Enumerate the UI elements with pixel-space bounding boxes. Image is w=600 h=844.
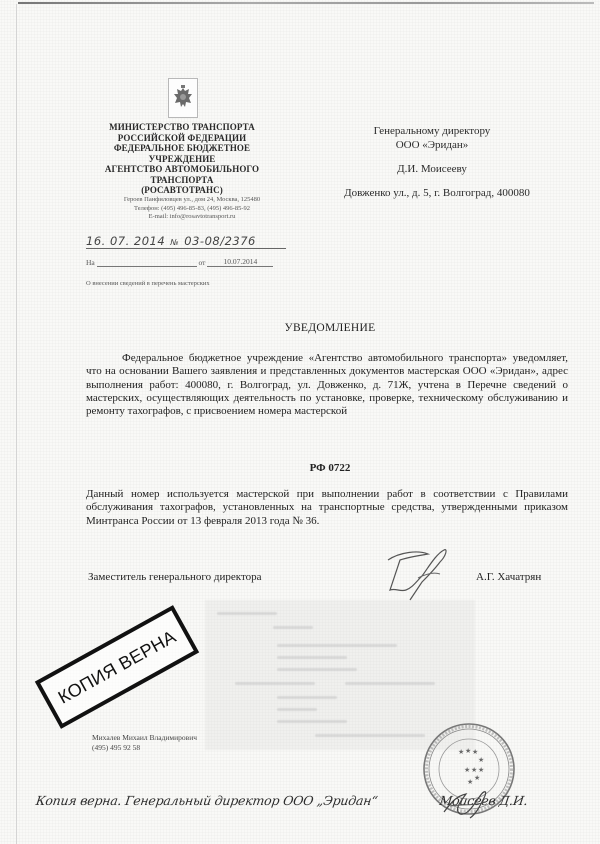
number-sign: № [170,238,179,247]
recipient-position: Генеральному директору [312,124,552,138]
document-title: УВЕДОМЛЕНИЕ [80,322,580,334]
svg-text:★: ★ [478,766,484,774]
recipient-name: Д.И. Моисееву [312,162,552,176]
svg-text:★: ★ [458,748,464,756]
recipient-address: Довженко ул., д. 5, г. Волгоград, 400080 [322,186,552,200]
document-page: МИНИСТЕРСТВО ТРАНСПОРТА РОССИЙСКОЙ ФЕДЕР… [0,0,600,844]
svg-text:★: ★ [464,766,470,774]
sender-contacts: Героев Панфиловцев ул., дом 24, Москва, … [82,196,302,222]
workshop-number: РФ 0722 [80,462,580,474]
russian-coat-of-arms-icon [168,78,198,118]
sender-line: ФЕДЕРАЛЬНОЕ БЮДЖЕТНОЕ УЧРЕЖДЕНИЕ [82,143,282,164]
svg-text:★: ★ [465,747,471,755]
recipient-company: ООО «Эридан» [312,138,552,152]
signatory-signature-icon [370,542,470,602]
sender-email: E-mail: info@rosavtotransport.ru [82,213,302,222]
reply-to-label: На [86,258,95,267]
sender-line: МИНИСТЕРСТВО ТРАНСПОРТА [82,122,282,133]
sender-address: Героев Панфиловцев ул., дом 24, Москва, … [82,196,302,205]
signatory-name: А.Г. Хачатрян [476,571,541,583]
registration-date: 16. 07. 2014 [86,234,165,248]
sender-line: (РОСАВТОТРАНС) [82,185,282,196]
svg-text:★: ★ [471,766,477,774]
scan-top-edge [18,2,594,4]
recipient-block: Генеральному директору ООО «Эридан» Д.И.… [312,124,552,200]
svg-text:★: ★ [472,748,478,756]
sender-line: АГЕНТСТВО АВТОМОБИЛЬНОГО [82,164,282,175]
scan-left-edge [16,4,17,844]
signatory-role: Заместитель генерального директора [88,571,262,583]
registration-date-number: 16. 07. 2014 № 03-08/2376 [86,234,286,249]
sender-line: ТРАНСПОРТА [82,175,282,186]
svg-text:★: ★ [478,756,484,764]
subject-note: О внесении сведений в перечень мастерски… [86,280,210,287]
contact-person-name: Михалев Михаил Владимирович [92,733,197,743]
director-signature-icon [440,784,510,820]
reply-to-blank [97,257,197,267]
from-date: 10.07.2014 [207,257,273,267]
registration-number: 03-08/2376 [184,234,256,248]
copy-certified-stamp: КОПИЯ ВЕРНА [35,605,199,729]
certification-text: Копия верна. Генеральный директор ООО „Э… [35,793,379,808]
body-paragraph-1: Федеральное бюджетное учреждение «Агентс… [86,352,568,418]
contact-person: Михалев Михаил Владимирович (495) 495 92… [92,733,197,753]
body-paragraph-2: Данный номер используется мастерской при… [86,488,568,528]
sender-organization: МИНИСТЕРСТВО ТРАНСПОРТА РОССИЙСКОЙ ФЕДЕР… [82,122,282,196]
contact-person-phone: (495) 495 92 58 [92,743,197,753]
reply-reference: На от 10.07.2014 [86,257,286,268]
svg-text:★: ★ [474,774,480,782]
sender-phone: Телефон: (495) 496-85-83, (495) 496-85-9… [82,205,302,214]
from-label: от [199,258,206,267]
sender-line: РОССИЙСКОЙ ФЕДЕРАЦИИ [82,133,282,144]
